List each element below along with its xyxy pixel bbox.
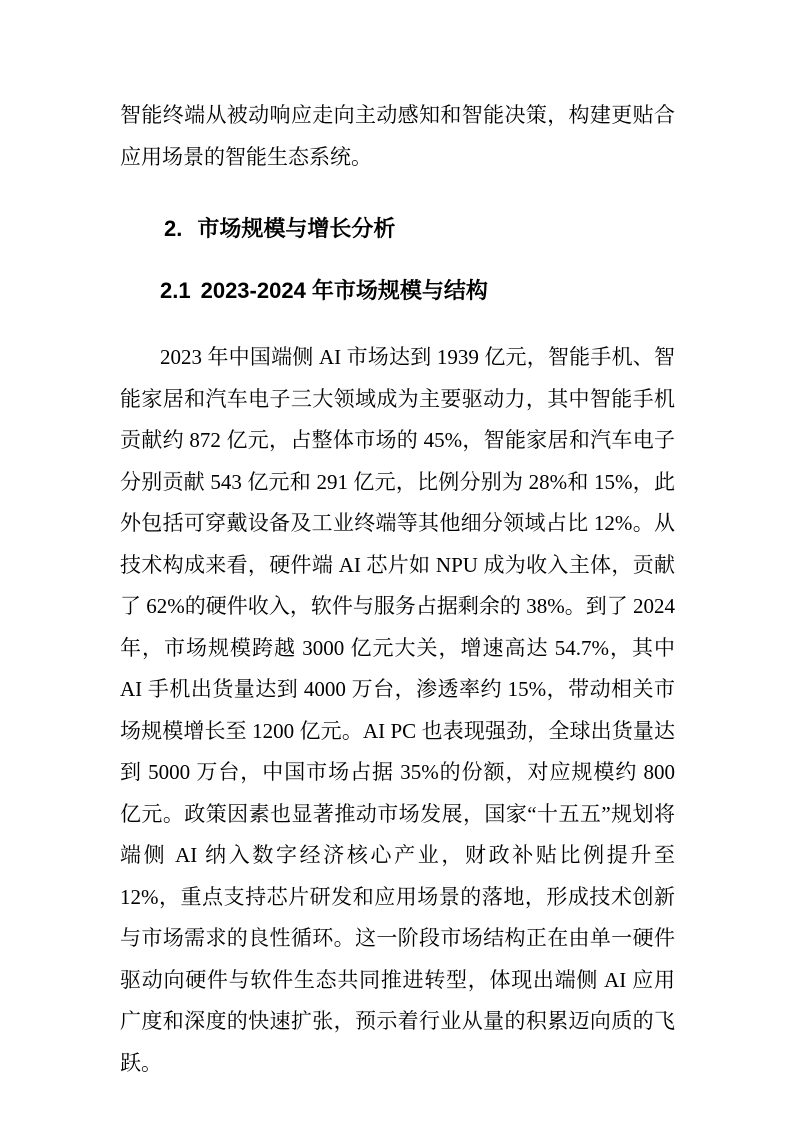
document-page: 智能终端从被动响应走向主动感知和智能决策，构建更贴合应用场景的智能生态系统。 2…: [0, 0, 794, 1123]
section-heading-number: 2.: [164, 216, 182, 241]
subsection-heading-title: 2023-2024 年市场规模与结构: [201, 278, 488, 303]
section-heading-title: 市场规模与增长分析: [197, 216, 395, 241]
intro-paragraph: 智能终端从被动响应走向主动感知和智能决策，构建更贴合应用场景的智能生态系统。: [120, 95, 675, 178]
subsection-heading-number: 2.1: [160, 278, 191, 303]
body-paragraph: 2023 年中国端侧 AI 市场达到 1939 亿元，智能手机、智能家居和汽车电…: [120, 337, 675, 1084]
section-heading: 2.市场规模与增长分析: [164, 208, 675, 250]
subsection-heading: 2.12023-2024 年市场规模与结构: [160, 270, 675, 312]
